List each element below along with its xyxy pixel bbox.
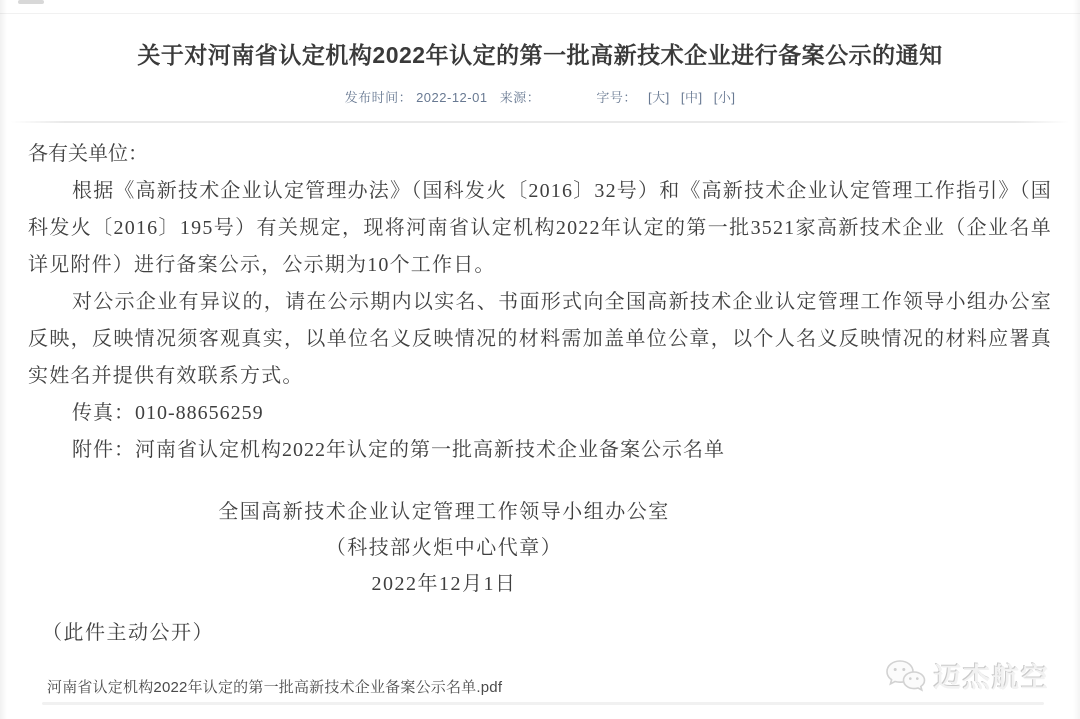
signature-org: 全国高新技术企业认定管理工作领导小组办公室 (28, 494, 860, 530)
fontsize-medium-button[interactable]: [中] (681, 90, 703, 105)
source-label: 来源： (500, 90, 541, 105)
publish-date: 2022-12-01 (416, 90, 488, 105)
fontsize-large-button[interactable]: [大] (648, 90, 670, 105)
paragraph-basis: 根据《高新技术企业认定管理办法》（国科发火〔2016〕32号）和《高新技术企业认… (28, 173, 1052, 284)
notice-header: 关于对河南省认定机构2022年认定的第一批高新技术企业进行备案公示的通知 发布时… (0, 0, 1080, 123)
fontsize-label: 字号： (596, 90, 637, 105)
page-title: 关于对河南省认定机构2022年认定的第一批高新技术企业进行备案公示的通知 (0, 40, 1080, 70)
signature-seal-note: （科技部火炬中心代章） (28, 530, 860, 566)
salutation: 各有关单位： (28, 136, 1052, 173)
attachment-line: 附件：河南省认定机构2022年认定的第一批高新技术企业备案公示名单 (28, 432, 1052, 469)
fax-line: 传真：010-88656259 (28, 395, 1052, 432)
signature-date: 2022年12月1日 (28, 566, 860, 602)
notice-body: 各有关单位： 根据《高新技术企业认定管理办法》（国科发火〔2016〕32号）和《… (0, 136, 1080, 706)
notice-page: 关于对河南省认定机构2022年认定的第一批高新技术企业进行备案公示的通知 发布时… (0, 0, 1080, 719)
fontsize-small-button[interactable]: [小] (714, 90, 736, 105)
header-divider (0, 121, 1080, 123)
disclosure-note: （此件主动公开） (28, 615, 1052, 652)
watermark-text: 迈杰航空 (934, 656, 1050, 695)
signature-block: 全国高新技术企业认定管理工作领导小组办公室 （科技部火炬中心代章） 2022年1… (28, 494, 860, 602)
watermark: 迈杰航空 (884, 656, 1050, 695)
wechat-icon (884, 658, 926, 694)
scan-artifact (18, 0, 44, 4)
paragraph-objection: 对公示企业有异议的，请在公示期内以实名、书面形式向全国高新技术企业认定管理工作领… (28, 284, 1052, 395)
attachment-pdf-link[interactable]: 河南省认定机构2022年认定的第一批高新技术企业备案公示名单.pdf (47, 669, 502, 706)
bottom-divider (42, 702, 1044, 705)
meta-bar: 发布时间：2022-12-01 来源： 字号： [大] [中] [小] (0, 87, 1080, 106)
publish-time-label: 发布时间： (345, 90, 413, 105)
top-divider (0, 13, 1080, 14)
